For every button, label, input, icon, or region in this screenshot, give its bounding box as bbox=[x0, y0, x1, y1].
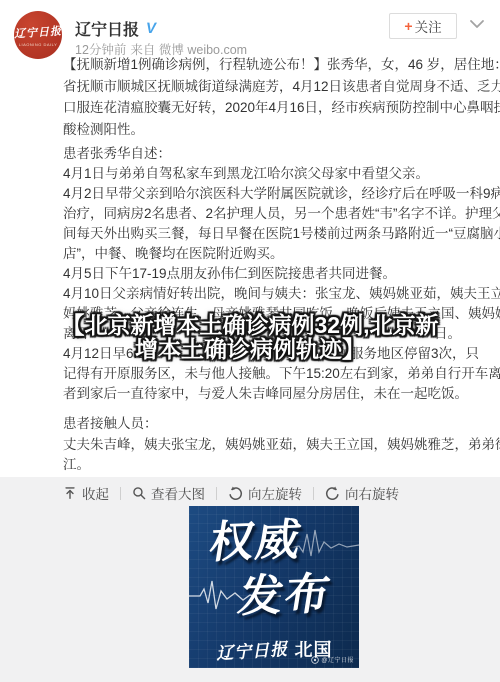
body-line: 者到家后一直待家中，与爱人朱吉峰同屋分房居住，未在一起吃饭。 bbox=[63, 384, 483, 404]
body-line: 【抚顺新增1例确诊病例，行程轨迹公布！】张秀华，女，46 岁，居住地：辽宁 bbox=[63, 54, 483, 76]
body-line: 省抚顺市顺城区抚顺城街道绿满庭芳，4月12日该患者自觉周身不适、乏力，自行 bbox=[63, 76, 483, 98]
body-line: 治疗，同病房2名患者、2名护理人员，另一个患者姓“韦”名字不详。护理父亲期 bbox=[63, 204, 483, 224]
account-name[interactable]: 辽宁日报 bbox=[75, 17, 139, 40]
weibo-logo-icon bbox=[311, 656, 319, 664]
rotate-right-button[interactable]: 向右旋转 bbox=[325, 483, 399, 503]
rotate-left-label: 向左旋转 bbox=[248, 483, 302, 503]
media-section: 收起 查看大图 向左旋转 bbox=[0, 477, 500, 682]
post-paragraph-itinerary: 患者张秀华自述： 4月1日与弟弟自驾私家车到黑龙江哈尔滨父母家中看望父亲。 4月… bbox=[63, 144, 483, 404]
poster-watermark: @辽宁日报 bbox=[311, 655, 354, 664]
overlay-caption-line1: 【北京新增本土确诊病例32例,北京新 bbox=[20, 313, 480, 337]
follow-button[interactable]: + 关注 bbox=[389, 13, 457, 39]
body-line: 4月2日早带父亲到哈尔滨医科大学附属医院就诊，经诊疗后在呼吸一科9病室住院 bbox=[63, 184, 483, 204]
body-line: 口服连花清瘟胶囊无好转，2020年4月16日，经市疾病预防控制中心鼻咽拭子核 bbox=[63, 97, 483, 119]
view-large-label: 查看大图 bbox=[151, 483, 205, 503]
poster-watermark-text: @辽宁日报 bbox=[321, 655, 354, 664]
rotate-right-icon bbox=[325, 486, 340, 501]
plus-icon: + bbox=[404, 18, 412, 34]
poster-brand-logo-text: 辽宁日报 bbox=[215, 634, 289, 664]
collapse-label: 收起 bbox=[82, 483, 109, 503]
toolbar-divider bbox=[216, 487, 217, 500]
overlay-caption: 【北京新增本土确诊病例32例,北京新 增本土确诊病例轨迹】 bbox=[20, 313, 480, 361]
view-large-button[interactable]: 查看大图 bbox=[132, 483, 205, 503]
verified-badge-icon: V bbox=[145, 20, 158, 37]
body-line: 4月1日与弟弟自驾私家车到黑龙江哈尔滨父母家中看望父亲。 bbox=[63, 164, 483, 184]
body-line: 4月5日下午17-19点朋友孙伟仁到医院接患者共同进餐。 bbox=[63, 264, 483, 284]
body-line: 丈夫朱吉峰，姨夫张宝龙，姨妈姚亚茹，姨夫王立国，姨妈姚雅芝，弟弟徐立 bbox=[63, 435, 483, 456]
body-line: 间每天外出购买三餐，每日早餐在医院1号楼前过两条马路附近一“豆腐脑小饼 bbox=[63, 224, 483, 244]
rotate-left-icon bbox=[228, 486, 243, 501]
body-line: 患者张秀华自述： bbox=[63, 144, 483, 164]
toolbar-divider bbox=[313, 487, 314, 500]
poster-title-line2: 发布 bbox=[235, 572, 335, 619]
post-paragraph-contacts: 患者接触人员： 丈夫朱吉峰，姨夫张宝龙，姨妈姚亚茹，姨夫王立国，姨妈姚雅芝，弟弟… bbox=[63, 414, 483, 476]
post-image-authoritative-release[interactable]: 权威 发布 辽宁日报 北国 @辽宁日报 bbox=[189, 506, 359, 668]
collapse-up-icon bbox=[63, 486, 77, 500]
avatar[interactable]: 辽宁日报 LIAONING DAILY bbox=[14, 11, 62, 59]
image-toolbar: 收起 查看大图 向左旋转 bbox=[63, 483, 399, 503]
avatar-logo-text: 辽宁日报 bbox=[14, 22, 63, 41]
body-line: 酸检测阳性。 bbox=[63, 119, 483, 141]
body-line: 江。 bbox=[63, 455, 483, 476]
poster-title-line1: 权威 bbox=[206, 518, 306, 565]
body-line: 4月10日父亲病情好转出院，晚间与姨夫：张宝龙、姨妈姚亚茹，姨夫王立国、姨 bbox=[63, 284, 483, 304]
follow-button-label: 关注 bbox=[415, 16, 442, 36]
overlay-caption-line2: 增本土确诊病例轨迹】 bbox=[20, 337, 480, 361]
rotate-right-label: 向右旋转 bbox=[345, 483, 399, 503]
chevron-down-icon[interactable] bbox=[466, 17, 488, 31]
body-line: 店”，中餐、晚餐均在医院附近购买。 bbox=[63, 244, 483, 264]
body-line: 患者接触人员： bbox=[63, 414, 483, 435]
weibo-post-page: 辽宁日报 LIAONING DAILY 辽宁日报 V 12分钟前来自 微博 we… bbox=[0, 0, 500, 682]
magnifier-icon bbox=[132, 486, 146, 500]
toolbar-divider bbox=[120, 487, 121, 500]
avatar-logo-subtext: LIAONING DAILY bbox=[19, 42, 58, 47]
rotate-left-button[interactable]: 向左旋转 bbox=[228, 483, 302, 503]
collapse-button[interactable]: 收起 bbox=[63, 483, 109, 503]
body-line: 记得有开原服务区，未与他人接触。下午15:20左右到家，弟弟自行开车离开，患 bbox=[63, 364, 483, 384]
post-paragraph-summary: 【抚顺新增1例确诊病例，行程轨迹公布！】张秀华，女，46 岁，居住地：辽宁 省抚… bbox=[63, 54, 483, 140]
account-name-row: 辽宁日报 V bbox=[75, 17, 156, 40]
